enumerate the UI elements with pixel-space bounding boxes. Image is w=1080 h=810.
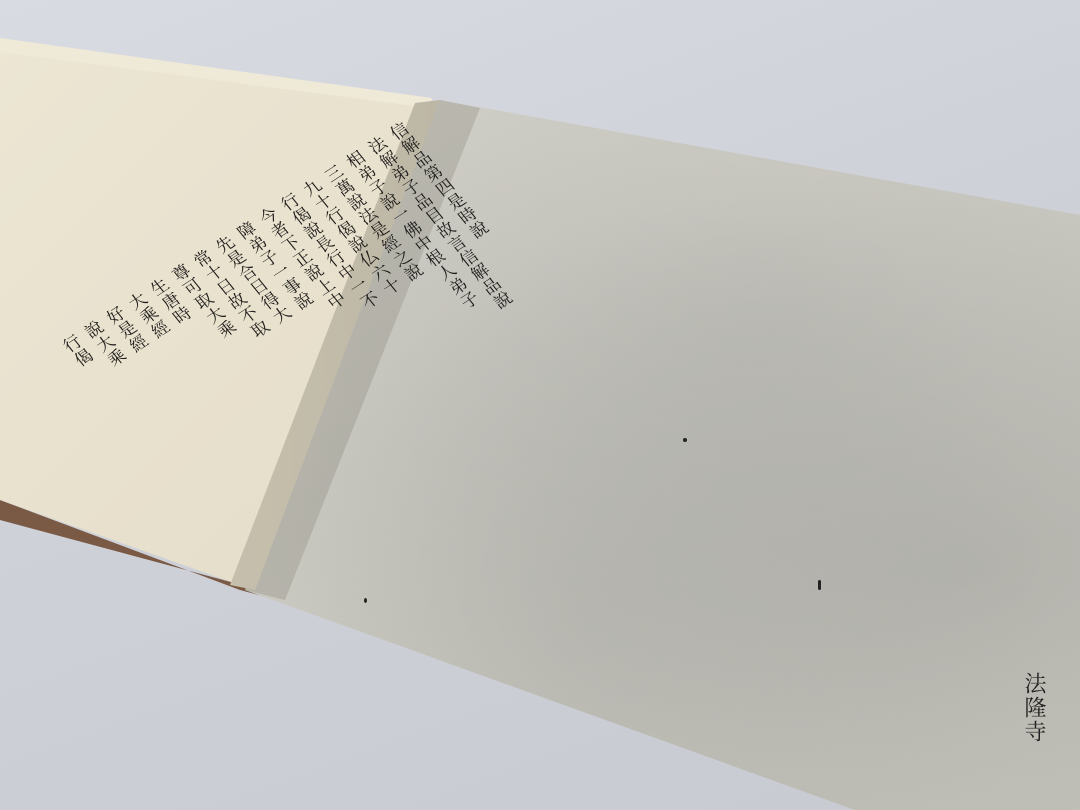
- ink-speck: [364, 598, 367, 603]
- ink-speck: [683, 438, 687, 442]
- temple-inscription: 法隆寺: [1018, 672, 1049, 744]
- ink-speck: [818, 580, 821, 590]
- scroll-photo: 信解品第四是時說 法解弟子品目故言信解品說 相弟子說一佛中根人弟子 三萬說法是經…: [0, 0, 1080, 810]
